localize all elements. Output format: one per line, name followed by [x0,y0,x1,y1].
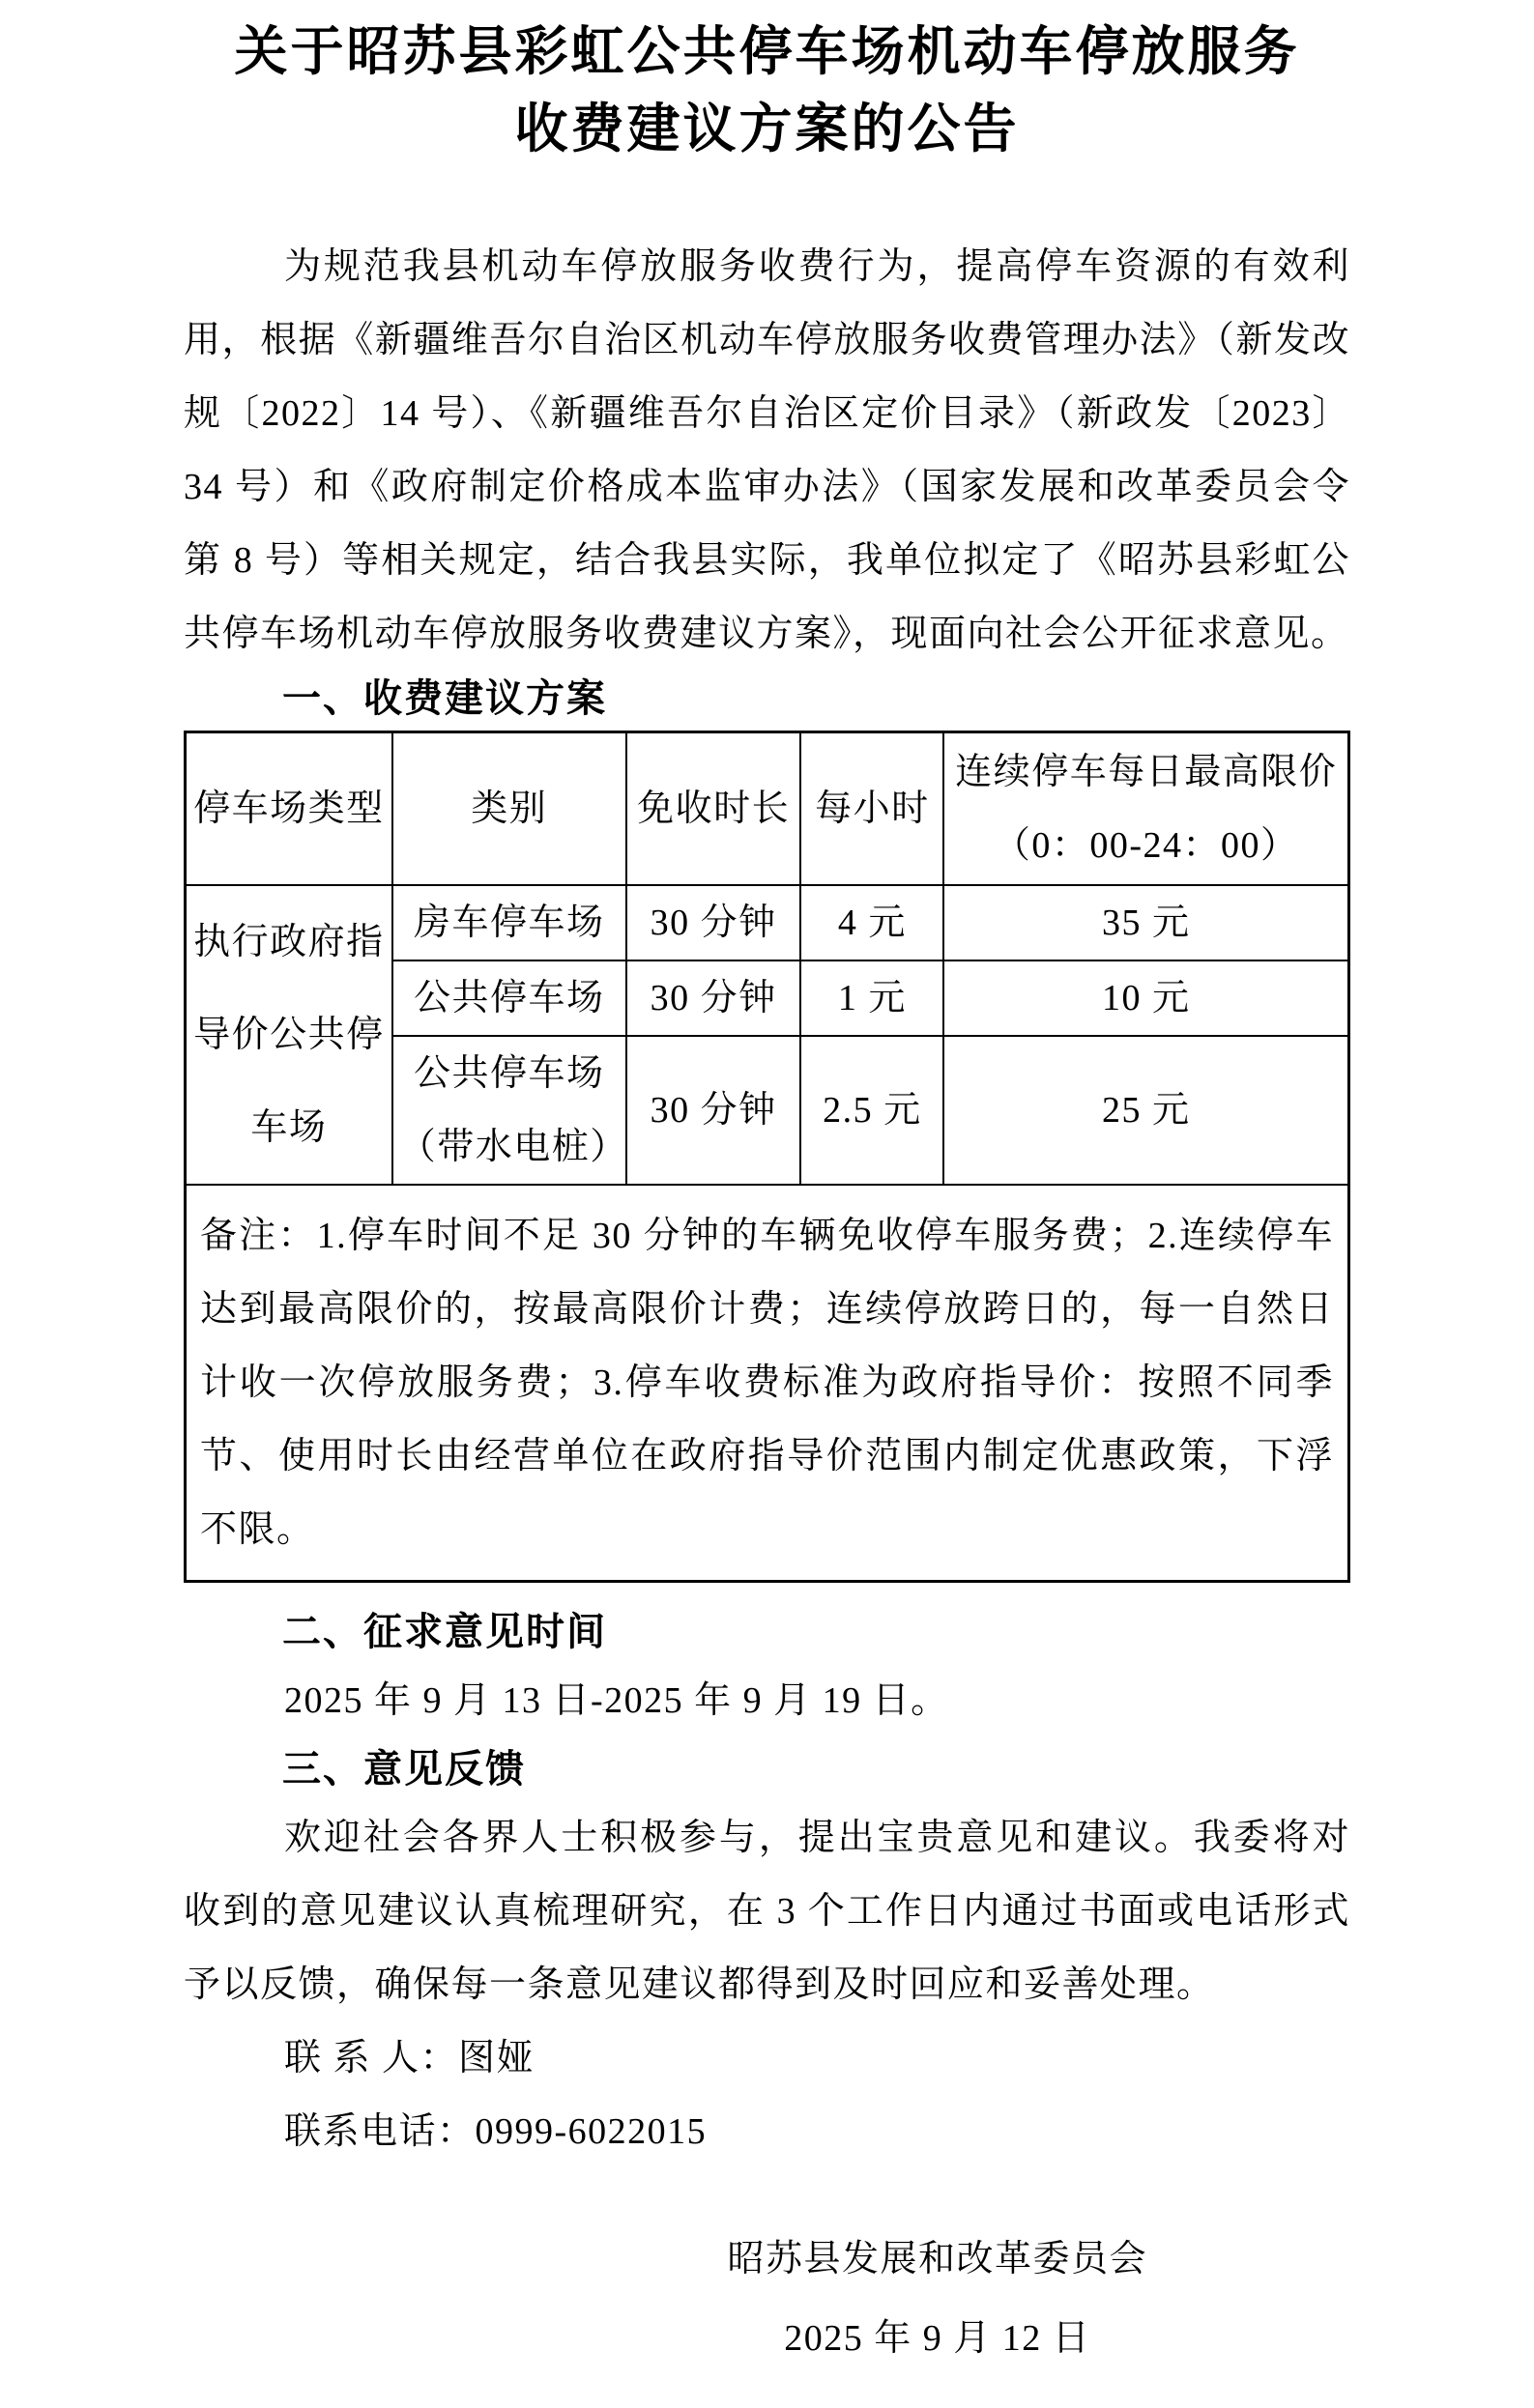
col-header-daily-cap: 连续停车每日最高限价 （0：00-24：00） [943,732,1348,885]
consultation-period: 2025 年 9 月 13 日-2025 年 9 月 19 日。 [184,1664,1350,1737]
signature-block: 昭苏县发展和改革委员会 2025 年 9 月 12 日 [727,2222,1147,2375]
section-three-heading: 三、意见反馈 [184,1743,1350,1795]
title-line-1: 关于昭苏县彩虹公共停车场机动车停放服务 [184,14,1350,91]
cell-daily-cap: 35 元 [943,885,1348,960]
cell-hourly-rate: 4 元 [800,885,943,960]
cell-category: 公共停车场 （带水电桩） [392,1036,626,1185]
cell-free-duration: 30 分钟 [626,960,801,1036]
document-page: 关于昭苏县彩虹公共停车场机动车停放服务 收费建议方案的公告 为规范我县机动车停放… [0,0,1534,2408]
cell-daily-cap: 25 元 [943,1036,1348,1185]
contact-phone-line: 联系电话：0999-6022015 [184,2095,1350,2168]
table-notes-row: 备注：1.停车时间不足 30 分钟的车辆免收停车服务费；2.连续停车达到最高限价… [186,1185,1349,1582]
cell-category: 房车停车场 [392,885,626,960]
table-header-row: 停车场类型 类别 免收时长 每小时 连续停车每日最高限价 （0：00-24：00… [186,732,1349,885]
section-one-heading: 一、收费建议方案 [184,673,1350,725]
contact-person-line: 联 系 人：图娅 [184,2021,1350,2095]
cell-category: 公共停车场 [392,960,626,1036]
cell-hourly-rate: 2.5 元 [800,1036,943,1185]
issue-date: 2025 年 9 月 12 日 [727,2302,1147,2375]
table-notes: 备注：1.停车时间不足 30 分钟的车辆免收停车服务费；2.连续停车达到最高限价… [186,1185,1349,1582]
feedback-paragraph: 欢迎社会各界人士积极参与，提出宝贵意见和建议。我委将对收到的意见建议认真梳理研究… [184,1801,1350,2021]
section-two-heading: 二、征求意见时间 [184,1606,1350,1658]
cell-free-duration: 30 分钟 [626,1036,801,1185]
cell-free-duration: 30 分钟 [626,885,801,960]
col-header-category: 类别 [392,732,626,885]
cell-daily-cap: 10 元 [943,960,1348,1036]
col-header-free-duration: 免收时长 [626,732,801,885]
intro-paragraph: 为规范我县机动车停放服务收费行为，提高停车资源的有效利用，根据《新疆维吾尔自治区… [184,230,1350,671]
cell-hourly-rate: 1 元 [800,960,943,1036]
fee-table: 停车场类型 类别 免收时长 每小时 连续停车每日最高限价 （0：00-24：00… [184,731,1350,1583]
table-row: 执行政府指 导价公共停 车场 房车停车场 30 分钟 4 元 35 元 [186,885,1349,960]
cell-parking-type: 执行政府指 导价公共停 车场 [186,885,392,1185]
col-header-parking-type: 停车场类型 [186,732,392,885]
issuer-name: 昭苏县发展和改革委员会 [727,2222,1147,2296]
title-line-2: 收费建议方案的公告 [184,91,1350,168]
col-header-hourly-rate: 每小时 [800,732,943,885]
document-title: 关于昭苏县彩虹公共停车场机动车停放服务 收费建议方案的公告 [184,14,1350,168]
